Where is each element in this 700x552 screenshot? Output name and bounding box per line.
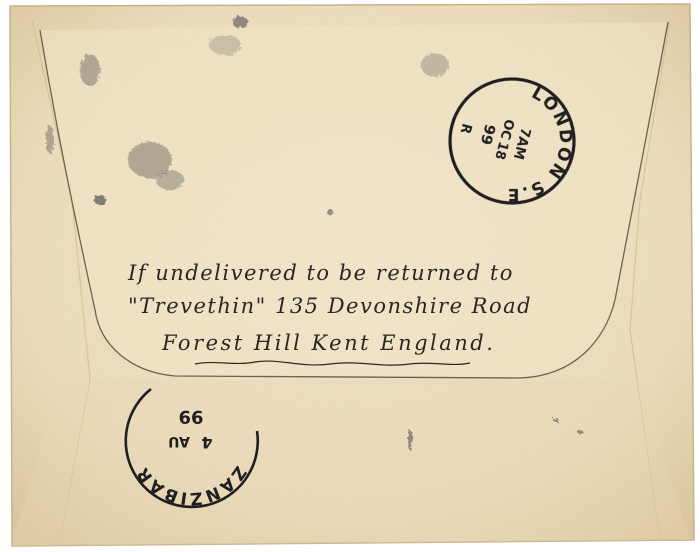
postmark-zanzibar-day: 4 bbox=[201, 433, 212, 452]
return-address-line-2: "Trevethin" 135 Devonshire Road bbox=[128, 294, 532, 318]
envelope-illustration: LONDON S.E 7AM OC 18 99 R ZANZIBAR 4 AU … bbox=[0, 0, 700, 552]
envelope-photo: LONDON S.E 7AM OC 18 99 R ZANZIBAR 4 AU … bbox=[0, 0, 700, 552]
envelope-flap bbox=[40, 22, 668, 378]
postmark-zanzibar-year: 99 bbox=[178, 406, 203, 427]
return-address-line-1: If undelivered to be returned to bbox=[127, 261, 514, 285]
postmark-zanzibar-month: AU bbox=[168, 433, 190, 449]
return-address-line-3: Forest Hill Kent England. bbox=[161, 331, 495, 355]
return-address: If undelivered to be returned to "Trevet… bbox=[127, 261, 532, 365]
